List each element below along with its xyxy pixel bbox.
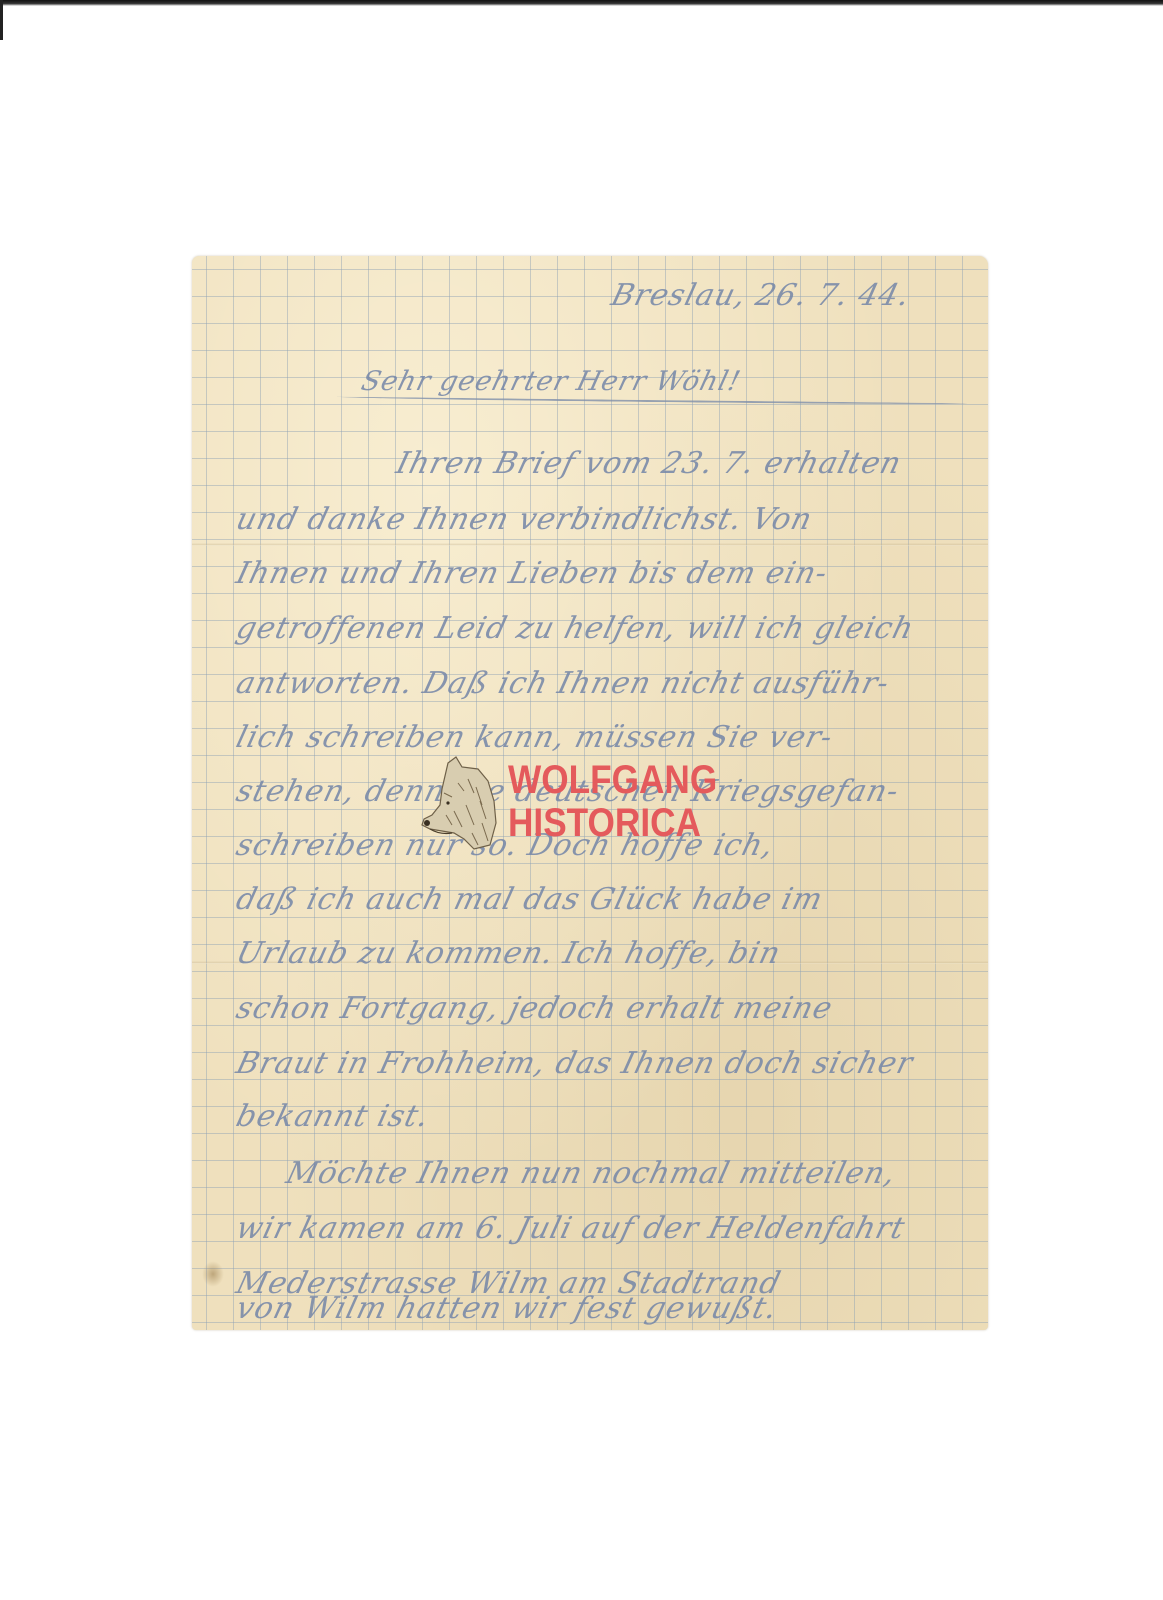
letter-line-13: bekannt ist. [233,1099,434,1134]
letter-line-12: Braut in Frohheim, das Ihnen doch sicher [233,1046,917,1081]
letter-line-14: Möchte Ihnen nun nochmal mitteilen, [283,1156,900,1191]
letter-line-10: Urlaub zu kommen. Ich hoffe, bin [233,936,785,971]
scan-border-left [0,0,3,40]
place-date: Breslau, 26. 7. 44. [608,278,914,313]
watermark: WOLFGANG HISTORICA [418,738,738,868]
letter-line-15: wir kamen am 6. Juli auf der Heldenfahrt [233,1211,909,1246]
watermark-text: WOLFGANG HISTORICA [508,760,717,846]
letter-line-4: getroffenen Leid zu helfen, will ich gle… [233,611,918,646]
letter-line-11: schon Fortgang, jedoch erhalt meine [233,991,837,1026]
letter-line-9: daß ich auch mal das Glück habe im [233,882,827,917]
wolf-head-icon [418,753,500,853]
watermark-line-1: WOLFGANG [508,760,717,803]
watermark-line-2: HISTORICA [508,803,717,846]
paper-stain [202,1261,224,1287]
letter-line-5: antworten. Daß ich Ihnen nicht ausführ- [233,666,894,701]
salutation: Sehr geehrter Herr Wöhl! [358,366,744,397]
letter-line-17: von Wilm hatten wir fest gewußt. [233,1291,782,1326]
letter-line-1: Ihren Brief vom 23. 7. erhalten [393,446,906,481]
letter-line-2: und danke Ihnen verbindlichst. Von [233,502,817,537]
paper-fold [192,543,988,546]
scan-border-top [0,0,1163,6]
letter-line-3: Ihnen und Ihren Lieben bis dem ein- [233,556,832,591]
